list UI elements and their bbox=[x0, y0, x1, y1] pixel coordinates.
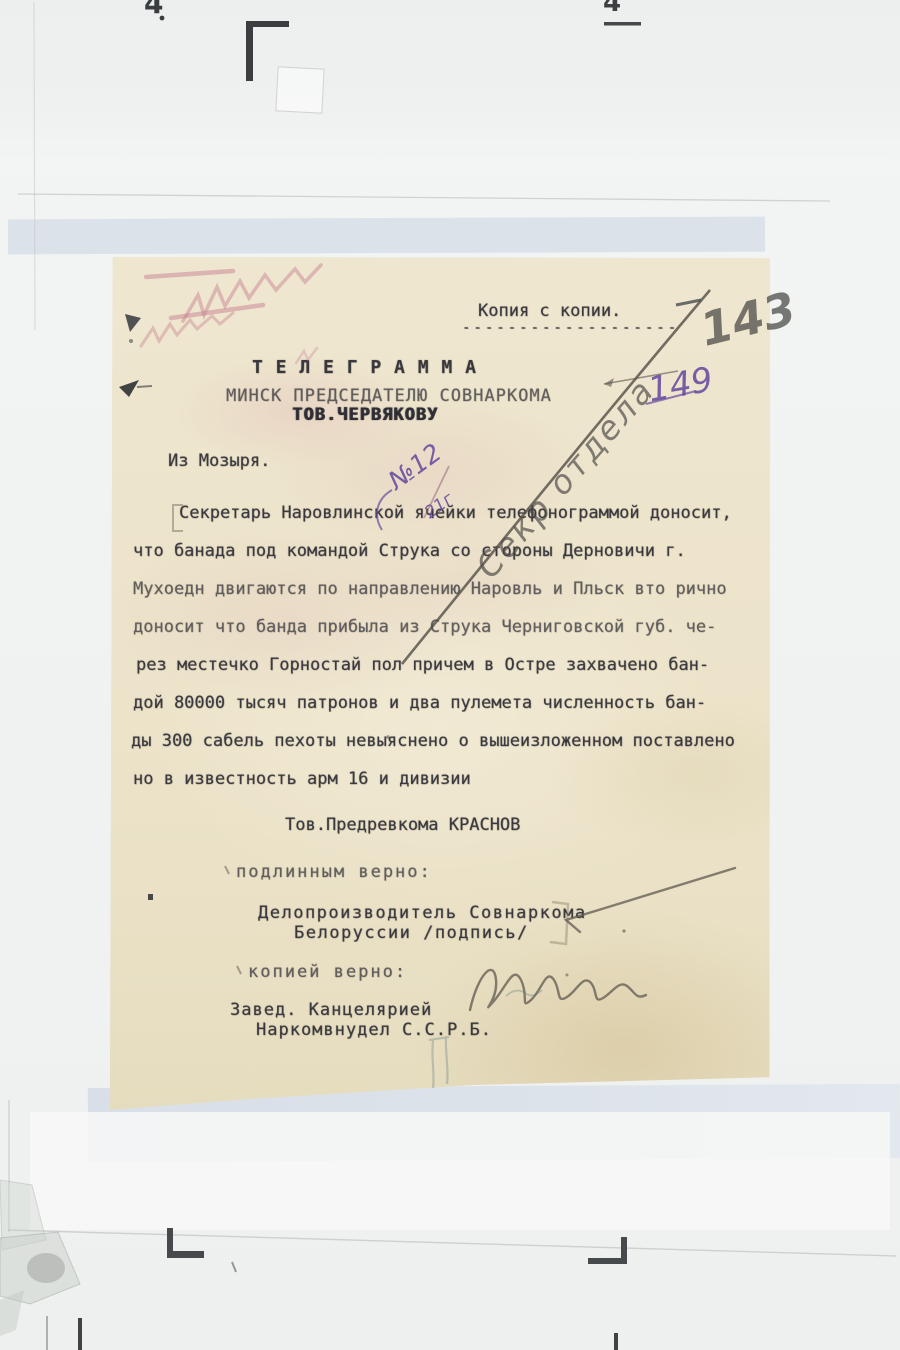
addressee-line2: ТОВ.ЧЕРВЯКОВУ bbox=[292, 405, 438, 425]
corner-mark-bottom-right-stem bbox=[621, 1237, 627, 1264]
clerk-title-line1: Делопроизводитель Совнаркома bbox=[258, 903, 587, 923]
signed-by-line: Тов.Предревкома КРАСНОВ bbox=[285, 815, 520, 835]
office-line1: Завед. Канцелярией bbox=[230, 1000, 432, 1020]
certify-copy-line: копией верно: bbox=[248, 962, 407, 982]
copy-underline: ------------------- bbox=[462, 318, 679, 338]
body-line-3: Мухоедн двигаются по направлению Наровль… bbox=[133, 579, 727, 599]
body-line-8: но в известность арм 16 и дивизии bbox=[133, 769, 471, 789]
body-line-5: рез местечко Горностай пол причем в Остр… bbox=[136, 655, 709, 675]
body-line-6: дой 80000 тысяч патронов и два пулемета … bbox=[133, 693, 706, 713]
body-line-4: доносит что банда прибыла из Струка Черн… bbox=[133, 617, 716, 637]
clerk-title-line2: Белоруссии /подпись/ bbox=[294, 923, 529, 943]
scanner-band-white bbox=[30, 1112, 890, 1230]
certify-original-line: подлинным верно: bbox=[236, 862, 432, 882]
crop-digit-left-dot bbox=[160, 16, 165, 21]
scanner-band-top bbox=[8, 217, 765, 255]
corner-mark-top bbox=[246, 21, 289, 27]
corner-mark-bottom-left bbox=[167, 1251, 204, 1258]
telegram-title: Т Е Л Е Г Р А М М А bbox=[252, 358, 477, 378]
pencil-tick-bottom bbox=[232, 1262, 236, 1272]
scanner-seam-top bbox=[18, 194, 830, 201]
addressee-line1: МИНСК ПРЕДСЕДАТЕЛЮ СОВНАРКОМА bbox=[226, 386, 552, 406]
crop-digit-right: 4 bbox=[603, 0, 621, 18]
body-line-7: ды 300 сабель пехоты невыяснено о вышеиз… bbox=[131, 731, 735, 751]
ruler-dash-top-right bbox=[604, 22, 641, 26]
scanner-edge-left bbox=[34, 2, 35, 330]
corner-mark-bottom-right bbox=[588, 1258, 627, 1264]
scanner-seam-bottom bbox=[8, 1230, 896, 1256]
crop-digit-left: 4 bbox=[144, 0, 163, 20]
corner-mark-top-stem bbox=[246, 21, 253, 81]
bottom-tick-left bbox=[78, 1318, 82, 1350]
archive-scan: Копия с копии. ------------------- Т Е Л… bbox=[0, 0, 900, 1350]
origin-line: Из Мозыря. bbox=[168, 451, 270, 471]
body-line-2: что банада под командой Струка со сторон… bbox=[133, 541, 686, 561]
bottom-tick-left-faint bbox=[46, 1316, 48, 1350]
bottom-tick-right bbox=[614, 1333, 618, 1350]
tape-fragment-top bbox=[276, 67, 324, 113]
corner-mark-bottom-left-stem bbox=[167, 1228, 173, 1258]
office-line2: Наркомвнудел С.С.Р.Б. bbox=[256, 1020, 492, 1040]
